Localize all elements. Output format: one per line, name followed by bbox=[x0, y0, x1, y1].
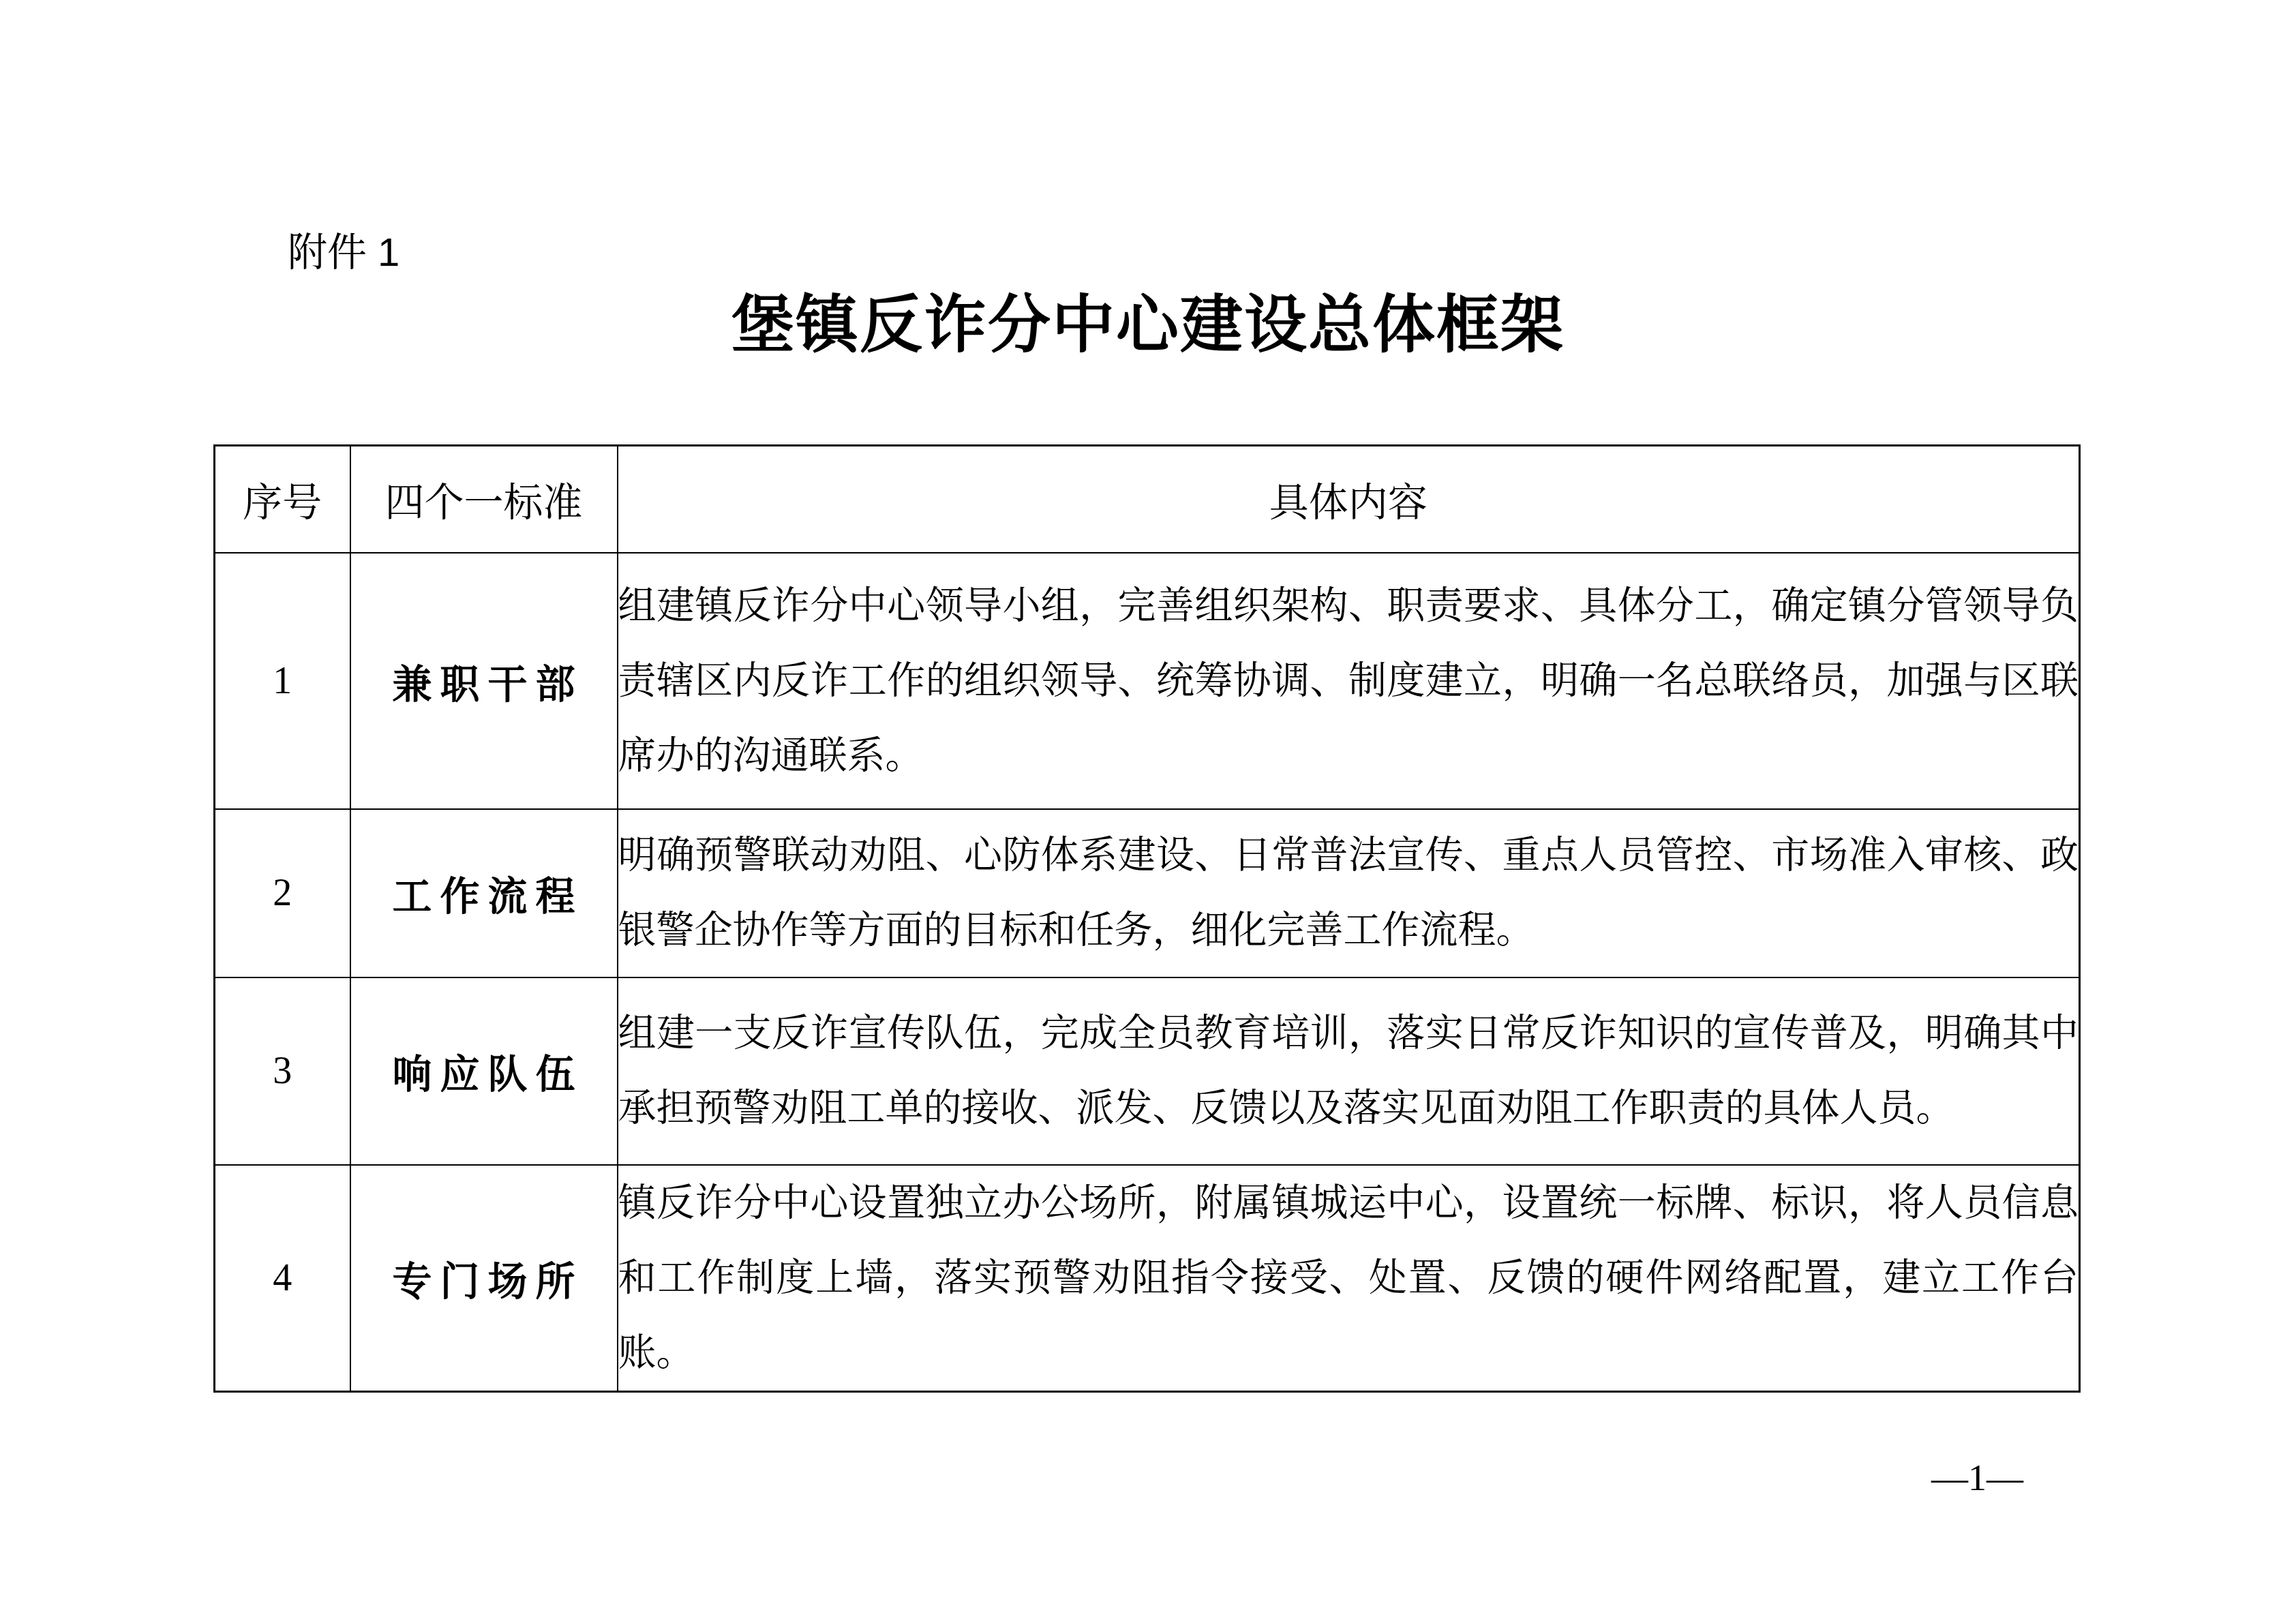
header-cell-no: 序号 bbox=[215, 446, 350, 553]
row-standard-cell: 兼职干部 bbox=[350, 553, 618, 809]
table-row: 2 工作流程 明确预警联动劝阻、心防体系建设、日常普法宣传、重点人员管控、市场准… bbox=[215, 809, 2080, 977]
document-page: 附件 1 堡镇反诈分中心建设总体框架 序号 四个一标准 具体内容 1 兼职干部 … bbox=[0, 0, 2296, 1623]
header-cell-content: 具体内容 bbox=[618, 446, 2080, 553]
table-header-row: 序号 四个一标准 具体内容 bbox=[215, 446, 2080, 553]
attachment-label: 附件 1 bbox=[288, 229, 399, 277]
page-number: —1— bbox=[1931, 1456, 2023, 1500]
header-cell-standard: 四个一标准 bbox=[350, 446, 618, 553]
row-number-cell: 4 bbox=[215, 1165, 350, 1392]
table-row: 1 兼职干部 组建镇反诈分中心领导小组，完善组织架构、职责要求、具体分工，确定镇… bbox=[215, 553, 2080, 809]
row-standard-cell: 响应队伍 bbox=[350, 977, 618, 1165]
row-content-cell: 镇反诈分中心设置独立办公场所，附属镇城运中心，设置统一标牌、标识，将人员信息和工… bbox=[618, 1165, 2080, 1392]
row-number-cell: 3 bbox=[215, 977, 350, 1165]
document-title: 堡镇反诈分中心建设总体框架 bbox=[0, 288, 2296, 363]
row-content-cell: 组建一支反诈宣传队伍，完成全员教育培训，落实日常反诈知识的宣传普及，明确其中承担… bbox=[618, 977, 2080, 1165]
row-content-cell: 明确预警联动劝阻、心防体系建设、日常普法宣传、重点人员管控、市场准入审核、政银警… bbox=[618, 809, 2080, 977]
row-standard-cell: 工作流程 bbox=[350, 809, 618, 977]
row-number-cell: 1 bbox=[215, 553, 350, 809]
row-standard-cell: 专门场所 bbox=[350, 1165, 618, 1392]
framework-table: 序号 四个一标准 具体内容 1 兼职干部 组建镇反诈分中心领导小组，完善组织架构… bbox=[213, 444, 2081, 1393]
table-row: 4 专门场所 镇反诈分中心设置独立办公场所，附属镇城运中心，设置统一标牌、标识，… bbox=[215, 1165, 2080, 1392]
row-number-cell: 2 bbox=[215, 809, 350, 977]
table-row: 3 响应队伍 组建一支反诈宣传队伍，完成全员教育培训，落实日常反诈知识的宣传普及… bbox=[215, 977, 2080, 1165]
row-content-cell: 组建镇反诈分中心领导小组，完善组织架构、职责要求、具体分工，确定镇分管领导负责辖… bbox=[618, 553, 2080, 809]
